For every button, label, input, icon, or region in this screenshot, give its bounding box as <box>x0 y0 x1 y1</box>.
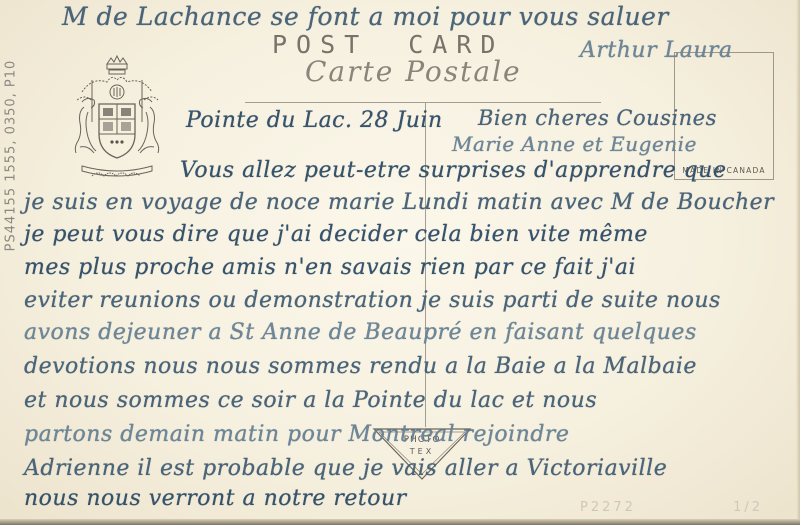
handwritten-line-11: nous nous verront a notre retour <box>24 486 407 511</box>
handwritten-signature: Arthur Laura <box>580 38 733 63</box>
card-edge-bottom <box>0 519 800 525</box>
pencil-mark-1: P2272 <box>580 500 636 515</box>
coat-of-arms-icon <box>62 52 172 192</box>
handwritten-line-6: avons dejeuner a St Anne de Beaupré en f… <box>24 320 697 345</box>
handwritten-line-4: mes plus proche amis n'en savais rien pa… <box>24 255 636 280</box>
handwritten-line-7: devotions nous nous sommes rendu a la Ba… <box>24 354 697 379</box>
handwritten-line-5: eviter reunions ou demonstration je suis… <box>24 288 721 313</box>
carte-postale-subtitle: Carte Postale <box>305 55 522 88</box>
handwritten-line-3: je peut vous dire que j'ai decider cela … <box>24 222 648 247</box>
handwritten-top-line: M de Lachance se font a moi pour vous sa… <box>62 2 669 31</box>
pencil-mark-2: 1/2 <box>733 500 763 515</box>
handwritten-line-10: Adrienne il est probable que je vais all… <box>24 456 667 481</box>
faint-pencil-marks: P2272 1/2 <box>580 500 763 515</box>
handwritten-line-1: Vous allez peut-etre surprises d'apprend… <box>180 158 727 183</box>
logo-tex-text: TEX <box>372 447 472 456</box>
handwritten-line-8: et nous sommes ce soir a la Pointe du la… <box>24 388 597 413</box>
handwritten-addressees: Marie Anne et Eugenie <box>452 132 697 156</box>
handwritten-line-2: je suis en voyage de noce marie Lundi ma… <box>24 190 774 215</box>
postcard-back: PS44155 1555, 0350, P10 POST CARD Carte … <box>0 0 800 525</box>
handwritten-place-date: Pointe du Lac. 28 Juin <box>186 108 443 133</box>
handwritten-greeting: Bien cheres Cousines <box>478 106 717 130</box>
address-divider-horizontal <box>245 102 601 103</box>
side-catalogue-code: PS44155 1555, 0350, P10 <box>4 51 19 261</box>
handwritten-line-9: partons demain matin pour Montreal rejoi… <box>24 422 569 447</box>
card-edge-right <box>796 0 800 525</box>
